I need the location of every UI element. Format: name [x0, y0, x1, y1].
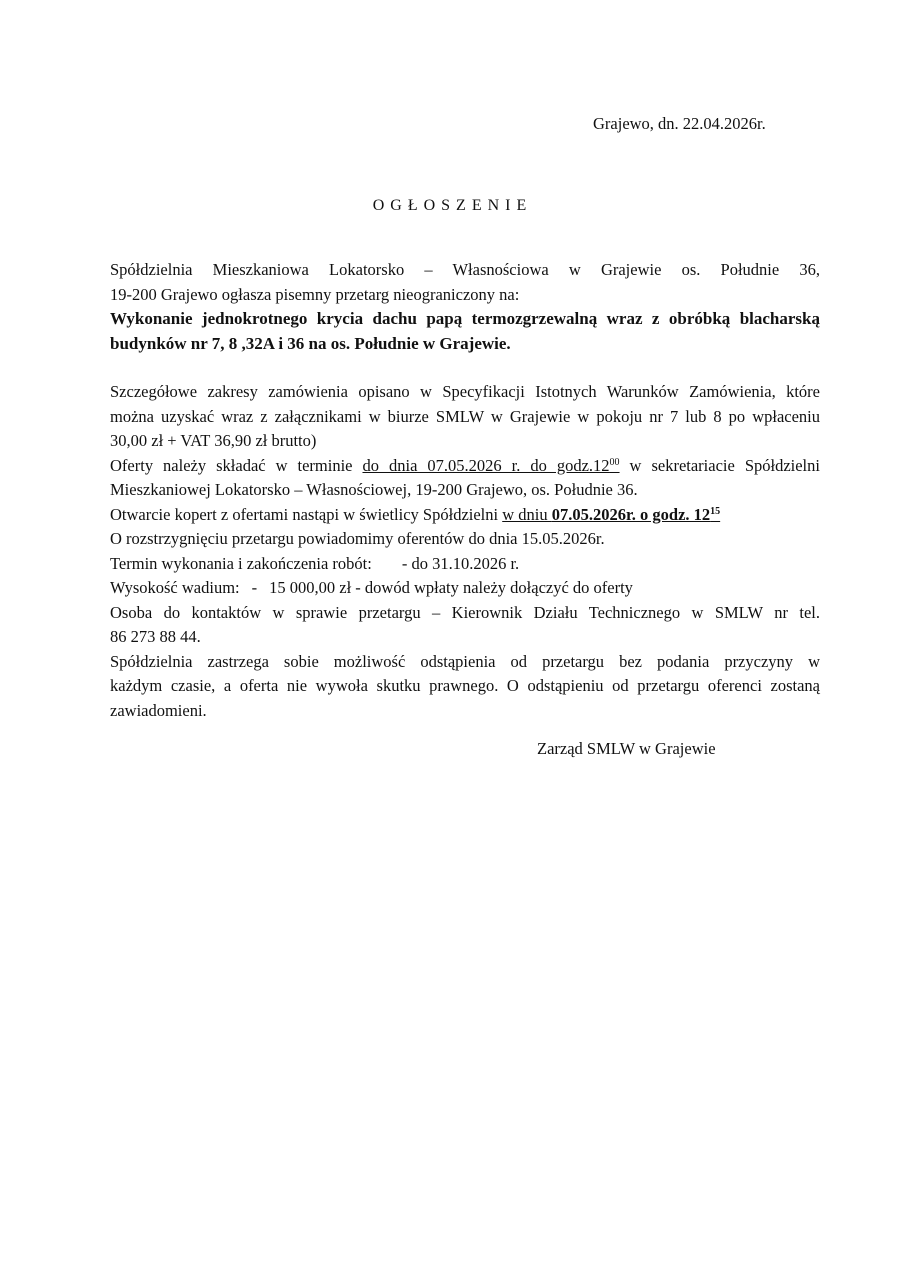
deposit-dash: - [252, 578, 258, 597]
intro-line-1: Spółdzielnia Mieszkaniowa Lokatorsko – W… [110, 258, 820, 283]
offers-line-2: Mieszkaniowej Lokatorsko – Własnościowej… [110, 478, 820, 503]
signature: Zarząd SMLW w Grajewie [537, 739, 716, 759]
spec-line-1: Szczegółowe zakresy zamówienia opisano w… [110, 380, 820, 405]
resolution-line: O rozstrzygnięciu przetargu powiadomimy … [110, 527, 820, 552]
subject-line-1: Wykonanie jednokrotnego krycia dachu pap… [110, 307, 820, 332]
offers-prefix: Oferty należy składać w terminie [110, 456, 362, 475]
opening-line: Otwarcie kopert z ofertami nastąpi w świ… [110, 503, 820, 528]
opening-prefix: Otwarcie kopert z ofertami nastąpi w świ… [110, 505, 502, 524]
spacer [110, 356, 820, 380]
place-date: Grajewo, dn. 22.04.2026r. [593, 114, 766, 134]
deposit-label: Wysokość wadium: [110, 578, 240, 597]
reserve-line-3: zawiadomieni. [110, 699, 820, 724]
offers-deadline-minutes: 00 [610, 457, 620, 468]
deposit-line: Wysokość wadium:-15 000,00 zł - dowód wp… [110, 576, 820, 601]
contact-line-1: Osoba do kontaktów w sprawie przetargu –… [110, 601, 820, 626]
opening-minutes: 15 [710, 506, 720, 517]
spec-line-3: 30,00 zł + VAT 36,90 zł brutto) [110, 429, 820, 454]
document-page: Grajewo, dn. 22.04.2026r. OGŁOSZENIE Spó… [0, 0, 905, 1280]
intro-line-2: 19-200 Grajewo ogłasza pisemny przetarg … [110, 283, 820, 308]
spec-line-2: można uzyskać wraz z załącznikami w biur… [110, 405, 820, 430]
offers-suffix: w sekretariacie Spółdzielni [620, 456, 820, 475]
document-title: OGŁOSZENIE [0, 197, 905, 215]
offers-line-1: Oferty należy składać w terminie do dnia… [110, 454, 820, 479]
contact-line-2: 86 273 88 44. [110, 625, 820, 650]
reserve-line-1: Spółdzielnia zastrzega sobie możliwość o… [110, 650, 820, 675]
opening-date: w dniu 07.05.2026r. o godz. 1215 [502, 505, 720, 524]
term-label: Termin wykonania i zakończenia robót: [110, 554, 372, 573]
opening-date-prefix: w dniu [502, 505, 552, 524]
offers-deadline: do dnia 07.05.2026 r. do godz.1200 [362, 456, 619, 475]
subject-line-2: budynków nr 7, 8 ,32A i 36 na os. Połudn… [110, 332, 820, 357]
offers-deadline-text: do dnia 07.05.2026 r. do godz.12 [362, 456, 609, 475]
term-value: - do 31.10.2026 r. [402, 554, 519, 573]
deposit-value: 15 000,00 zł - dowód wpłaty należy dołąc… [269, 578, 633, 597]
opening-date-bold: 07.05.2026r. o godz. 12 [552, 505, 710, 524]
reserve-line-2: każdym czasie, a oferta nie wywoła skutk… [110, 674, 820, 699]
document-body: Spółdzielnia Mieszkaniowa Lokatorsko – W… [110, 258, 820, 723]
term-line: Termin wykonania i zakończenia robót:- d… [110, 552, 820, 577]
